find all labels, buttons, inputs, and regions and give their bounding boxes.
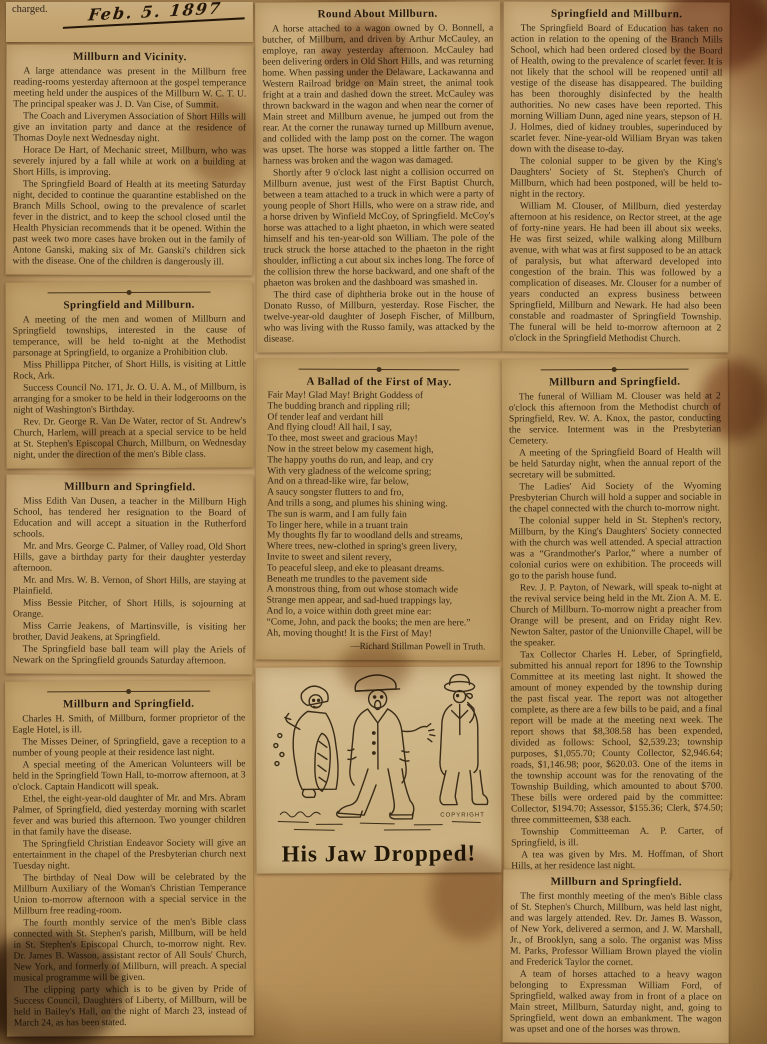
article-paragraph: The birthday of Neal Dow will be celebra…	[13, 871, 246, 916]
article-paragraph: The Springfield Board of Health at its m…	[13, 178, 246, 267]
divider-ornament	[298, 366, 460, 374]
article-paragraph: Shortly after 9 o'clock last night a col…	[263, 166, 495, 288]
clipping-millburn-and-vicinity: Millburn and Vicinity. A large attendanc…	[5, 44, 253, 275]
clipping-millburn-and-springfield-right-1: Millburn and Springfield. The funeral of…	[502, 358, 731, 879]
cartoon-woman-figure	[273, 686, 338, 798]
right-column: Springfield and Millburn. The Springfiel…	[503, 2, 729, 1044]
article-paragraph: The Misses Deiner, of Springfield, gave …	[12, 735, 245, 758]
article-paragraph: A large attendance was present in the Mi…	[13, 65, 246, 110]
article-paragraph: Rev. Dr. George R. Van De Water, rector …	[13, 415, 246, 460]
clipping-millburn-and-springfield-2: Millburn and Springfield. Charles H. Smi…	[5, 680, 254, 1036]
previous-clipping-fragment: charged. Feb. 5. 1897	[6, 2, 253, 42]
article-paragraph: Charles H. Smith, of Millburn, former pr…	[12, 712, 245, 735]
article-paragraph: A meeting of the men and women of Millbu…	[13, 313, 246, 358]
article-paragraph: The Ladies' Aid Society of the Wyoming P…	[509, 480, 721, 514]
clipping-millburn-and-springfield-right-2: Millburn and Springfield. The first mont…	[503, 870, 730, 1044]
middle-column: Round About Millburn. A horse attached t…	[256, 2, 501, 880]
article-paragraph: Rev. J. P. Payton, of Newark, will speak…	[510, 581, 722, 648]
fragment-text: charged.	[12, 4, 48, 15]
article-paragraph: Miss Bessie Pitcher, of Short Hills, is …	[13, 597, 246, 620]
article-paragraph: Horace De Hart, of Mechanic street, Mill…	[13, 144, 246, 178]
article-paragraph: The Coach and Liverymen Association of S…	[13, 110, 246, 144]
article-paragraph: William M. Clouser, of Millburn, died ye…	[509, 201, 722, 345]
article-paragraph: Miss Edith Van Dusen, a teacher in the M…	[13, 495, 246, 540]
article-paragraph: The funeral of William M. Clouser was he…	[509, 390, 721, 446]
artist-signature	[280, 812, 320, 817]
article-headline: Springfield and Millburn.	[13, 298, 246, 311]
article-headline: Millburn and Springfield.	[510, 876, 722, 889]
article-paragraph: Miss Carrie Jeakens, of Martinsville, is…	[13, 620, 246, 643]
clipping-round-about-millburn: Round About Millburn. A horse attached t…	[255, 1, 502, 352]
poem-title: A Ballad of the First of May.	[264, 375, 495, 388]
article-paragraph: A meeting of the Springfield Board of He…	[509, 446, 721, 480]
article-paragraph: Mr. and Mrs. W. B. Vernon, of Short Hill…	[13, 574, 246, 597]
cartoon-derby-man-figure	[439, 675, 487, 805]
article-paragraph: The colonial supper to be given by the K…	[510, 156, 722, 201]
scrapbook-page: charged. Feb. 5. 1897 Millburn and Vicin…	[0, 0, 767, 1044]
left-column: charged. Feb. 5. 1897 Millburn and Vicin…	[6, 2, 253, 1043]
article-paragraph: Township Committeeman A. P. Carter, of S…	[511, 825, 723, 848]
article-paragraph: The clipping party which is to be given …	[14, 983, 247, 1028]
article-paragraph: Tax Collector Charles H. Leber, of Sprin…	[510, 648, 723, 825]
article-paragraph: A tea was given by Mrs. M. Hoffman, of S…	[511, 848, 723, 871]
article-paragraph: The first monthly meeting of the men's B…	[510, 891, 722, 969]
article-headline: Millburn and Vicinity.	[13, 50, 246, 63]
article-paragraph: A team of horses attached to a heavy wag…	[510, 969, 722, 1036]
divider-ornament	[540, 366, 688, 374]
article-paragraph: The Springfield Christian Endeavor Socie…	[13, 837, 246, 871]
poem-attribution: —Richard Stillman Powell in Truth.	[262, 642, 493, 654]
article-paragraph: Miss Phillippa Pitcher, of Short Hills, …	[13, 358, 246, 381]
handwritten-date: Feb. 5. 1897	[63, 0, 247, 29]
poem-line: Ah, moving thought! It is the First of M…	[262, 628, 493, 640]
article-headline: Springfield and Millburn.	[511, 8, 723, 21]
article-headline: Round About Millburn.	[262, 7, 493, 20]
article-paragraph: A horse attached to a wagon owned by O. …	[262, 22, 494, 166]
clipping-cartoon: COPYRIGHT His Jaw Dropped!	[255, 667, 501, 874]
cartoon-illustration: COPYRIGHT	[263, 671, 494, 840]
article-headline: Millburn and Springfield.	[13, 480, 246, 493]
article-paragraph: The Springfield base ball team will play…	[13, 643, 246, 666]
cartoon-man-figure	[335, 675, 434, 820]
cartoon-caption: His Jaw Dropped!	[261, 841, 496, 868]
article-paragraph: Success Council No. 171, Jr. O. U. A. M.…	[13, 381, 246, 415]
clipping-springfield-and-millburn: Springfield and Millburn. A meeting of t…	[6, 281, 254, 468]
cartoon-ground-lines	[278, 821, 480, 831]
cartoon-copyright: COPYRIGHT	[440, 813, 485, 819]
clipping-springfield-and-millburn-right: Springfield and Millburn. The Springfiel…	[502, 2, 730, 353]
article-paragraph: The fourth monthly service of the men's …	[13, 916, 246, 983]
clipping-millburn-and-springfield-1: Millburn and Springfield. Miss Edith Van…	[6, 474, 254, 674]
clipping-ballad-poem: A Ballad of the First of May. Fair May! …	[255, 358, 501, 660]
article-paragraph: The colonial supper held in St. Stephen'…	[509, 514, 721, 581]
article-paragraph: The third case of diphtheria broke out i…	[264, 288, 495, 344]
article-headline: Millburn and Springfield.	[509, 375, 721, 388]
article-paragraph: The Springfield Board of Education has t…	[510, 23, 723, 156]
divider-ornament	[47, 688, 210, 696]
article-paragraph: Ethel, the eight-year-old daughter of Mr…	[13, 792, 246, 837]
article-paragraph: Mr. and Mrs. George C. Palmer, of Valley…	[13, 540, 246, 574]
divider-ornament	[48, 289, 211, 297]
article-paragraph: A special meeting of the American Volunt…	[12, 758, 245, 792]
article-headline: Millburn and Springfield.	[12, 697, 245, 710]
